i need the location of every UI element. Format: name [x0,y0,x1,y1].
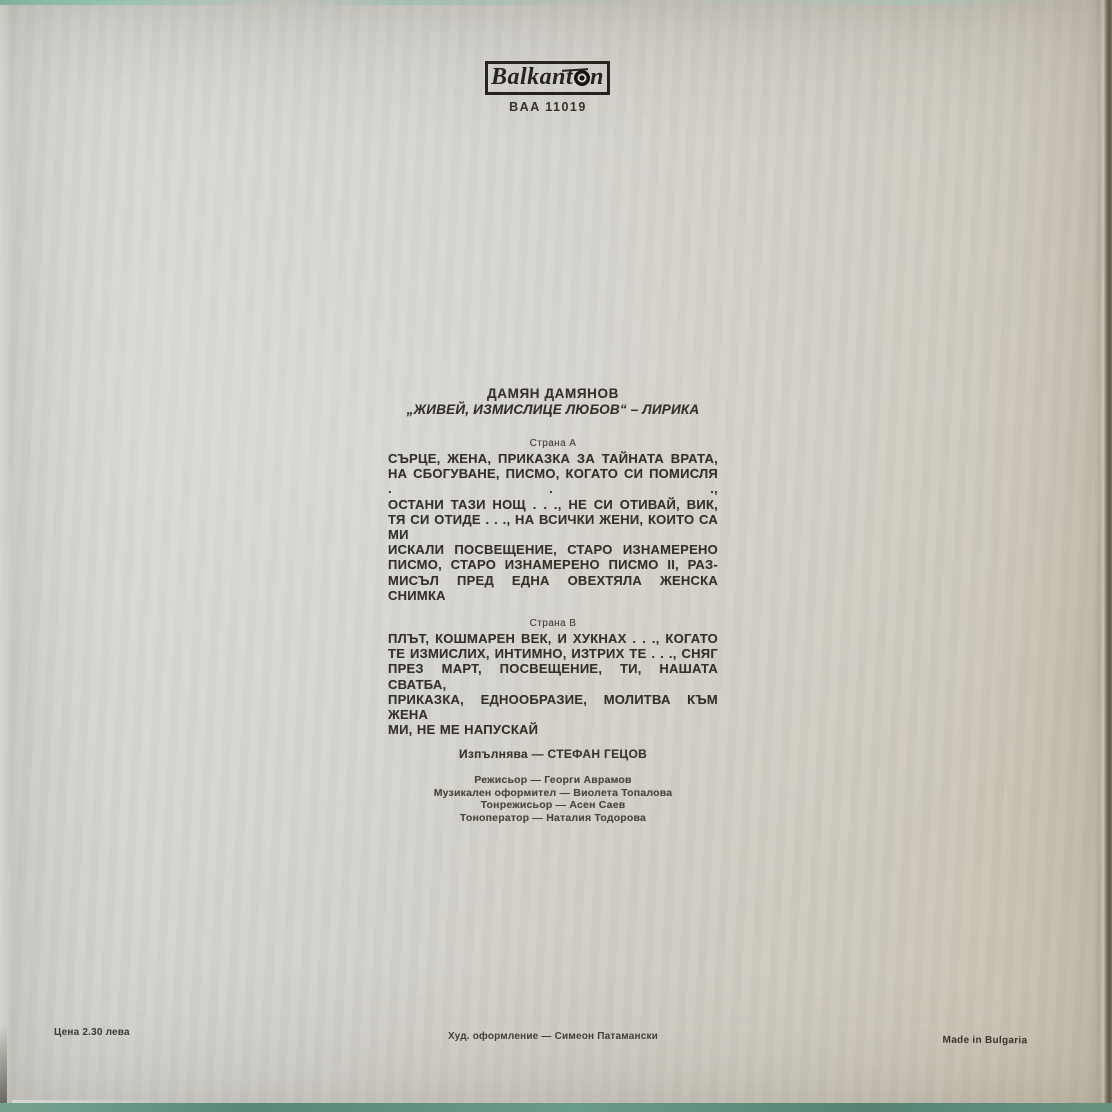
track-line: МИ, НЕ МЕ НАПУСКАЙ [388,722,718,737]
track-line: ПРЕЗ МАРТ, ПОСВЕЩЕНИЕ, ТИ, НАШАТА СВАТБА… [388,661,718,691]
logo-text-right: n [590,64,604,90]
track-line: ПРИКАЗКА, ЕДНООБРАЗИЕ, МОЛИТВА КЪМ ЖЕНА [388,692,718,722]
side-b-label: Страна В [388,618,718,629]
album-title: „ЖИВЕЙ, ИЗМИСЛИЦЕ ЛЮБОВ“ – ЛИРИКА [388,402,718,417]
track-line: СЪРЦЕ, ЖЕНА, ПРИКАЗКА ЗА ТАЙНАТА ВРАТА, [388,451,718,466]
side-b-tracklist: ПЛЪТ, КОШМАРЕН ВЕК, И ХУКНАХ . . ., КОГА… [388,631,718,737]
corner-shadow [0,1025,7,1103]
track-line: ТЕ ИЗМИСЛИХ, ИНТИМНО, ИЗТРИХ ТЕ . . ., С… [388,646,718,661]
credit-line: Режисьор — Георги Аврамов [388,774,718,787]
photo-edge-bottom [0,1103,1112,1112]
made-in-label: Made in Bulgaria [925,1035,1045,1047]
production-credits: Режисьор — Георги АврамовМузикален оформ… [388,774,718,824]
track-line: МИСЪЛ ПРЕД ЕДНА ОВЕХТЯЛА ЖЕНСКА СНИМКА [388,573,718,603]
credit-line: Тоноператор — Наталия Тодорова [388,812,718,825]
logo-text-left: Balkant [491,64,573,90]
track-line: ИСКАЛИ ПОСВЕЩЕНИЕ, СТАРО ИЗНАМЕРЕНО [388,542,718,557]
liner-notes: ДАМЯН ДАМЯНОВ „ЖИВЕЙ, ИЗМИСЛИЦЕ ЛЮБОВ“ –… [388,386,718,824]
track-line: ПИСМО, СТАРО ИЗНАМЕРЕНО ПИСМО II, РАЗ- [388,557,718,572]
photo-edge-right [1094,0,1112,1112]
design-credit: Худ. оформление — Симеон Патамански [388,1031,718,1042]
sleeve-paper: Balkantn BAA 11019 ДАМЯН ДАМЯНОВ „ЖИВЕЙ,… [0,0,1112,1112]
photo-edge-left [0,0,12,1112]
track-line: НА СБОГУВАНЕ, ПИСМО, КОГАТО СИ ПОМИСЛЯ .… [388,466,718,496]
track-line: ТЯ СИ ОТИДЕ . . ., НА ВСИЧКИ ЖЕНИ, КОИТО… [388,512,718,542]
artist-name: ДАМЯН ДАМЯНОВ [388,386,718,401]
credit-line: Тонрежисьор — Асен Саев [388,799,718,812]
track-line: ПЛЪТ, КОШМАРЕН ВЕК, И ХУКНАХ . . ., КОГА… [388,631,718,646]
side-a-tracklist: СЪРЦЕ, ЖЕНА, ПРИКАЗКА ЗА ТАЙНАТА ВРАТА,Н… [388,451,718,603]
side-a-label: Страна А [388,438,718,449]
performer-line: Изпълнява — СТЕФАН ГЕЦОВ [388,747,718,761]
credit-line: Музикален оформител — Виолета Топалова [388,787,718,800]
track-line: ОСТАНИ ТАЗИ НОЩ . . ., НЕ СИ ОТИВАЙ, ВИК… [388,497,718,512]
catalog-number: BAA 11019 [398,100,698,114]
record-back-cover-photo: Balkantn BAA 11019 ДАМЯН ДАМЯНОВ „ЖИВЕЙ,… [0,0,1112,1112]
balkanton-logo: Balkantn [485,61,610,95]
price-label: Цена 2.30 лева [54,1027,130,1038]
photo-edge-top [0,0,1112,5]
balkanton-logo-text: Balkantn [491,65,604,89]
record-disc-icon [574,70,590,86]
